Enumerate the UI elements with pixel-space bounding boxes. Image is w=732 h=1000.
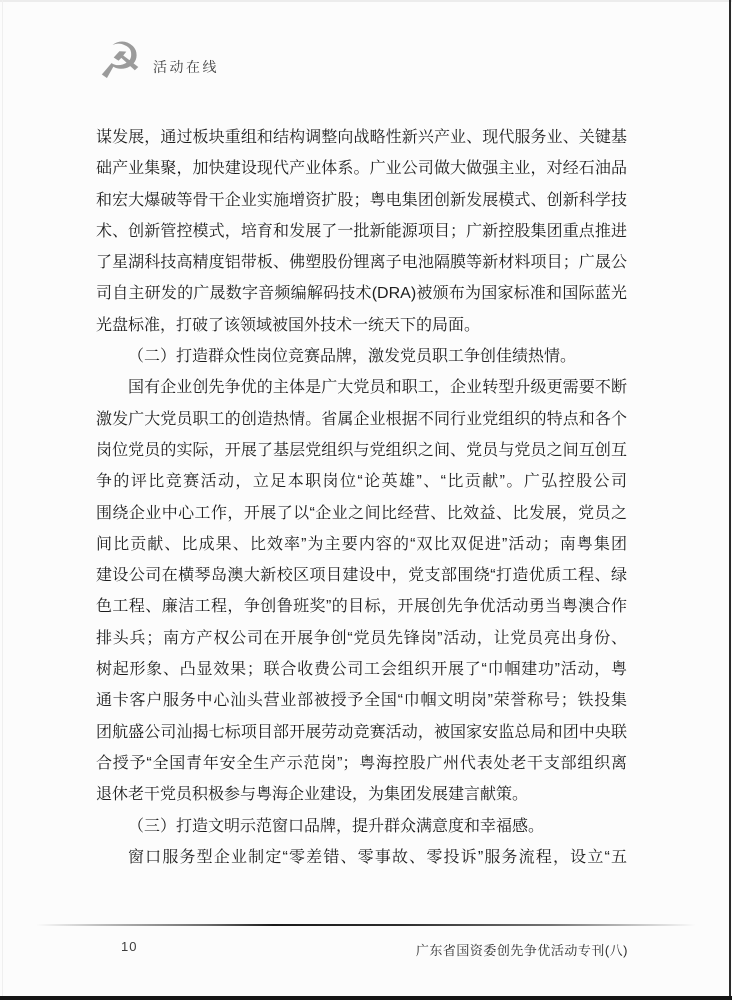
text-line: 司自主研发的广晟数字音频编解码技术(DRA)被颁布为国家标准和国际蓝光 [96,278,627,309]
text-line: 通卡客户服务中心汕头营业部被授予全国“巾帼文明岗”荣誉称号；铁投集 [96,685,627,716]
text-line: 谋发展，通过板块重组和结构调整向战略性新兴产业、现代服务业、关键基 [96,122,627,153]
text-line: 了星湖科技高精度铝带板、佛塑股份锂离子电池隔膜等新材料项目；广晟公 [96,247,627,278]
section-title: 活动在线 [153,57,219,77]
party-emblem-icon: ☭ [96,34,144,88]
text-line: 争的评比竞赛活动，立足本职岗位“论英雄”、“比贡献”。广弘控股公司 [96,466,627,497]
text-line: 建设公司在横琴岛澳大新校区项目建设中，党支部围绕“打造优质工程、绿 [96,560,627,591]
text-line: 团航盛公司汕揭七标项目部开展劳动竞赛活动，被国家安监总局和团中央联 [96,717,627,748]
text-line: 光盘标准，打破了该领域被国外技术一统天下的局面。 [96,310,627,341]
text-line: 术、创新管控模式，培育和发展了一批新能源项目；广新控股集团重点推进 [96,216,627,247]
text-line: 间比贡献、比成果、比效率”为主要内容的“双比双促进”活动；南粤集团 [96,529,627,560]
page-right-edge [729,0,731,1000]
text-line: 和宏大爆破等骨干企业实施增资扩股；粤电集团创新发展模式、创新科学技 [96,185,627,216]
text-line: 围绕企业中心工作，开展了以“企业之间比经营、比效益、比发展，党员之 [96,498,627,529]
text-line: 岗位党员的实际，开展了基层党组织与党组织之间、党员与党员之间互创互 [96,435,627,466]
page-bottom-edge [0,996,732,1000]
text-line: （二）打造群众性岗位竞赛品牌，激发党员职工争创佳绩热情。 [96,341,627,372]
text-line: 排头兵；南方产权公司在开展争创“党员先锋岗”活动，让党员亮出身份、 [96,623,627,654]
page-top-edge [0,0,732,2]
body-text: 谋发展，通过板块重组和结构调整向战略性新兴产业、现代服务业、关键基础产业集聚，加… [96,122,627,873]
text-line: 国有企业创先争优的主体是广大党员和职工，企业转型升级更需要不断 [96,372,627,403]
text-line: 窗口服务型企业制定“零差错、零事故、零投诉”服务流程，设立“五 [96,842,627,873]
document-page: ☭ 活动在线 谋发展，通过板块重组和结构调整向战略性新兴产业、现代服务业、关键基… [0,0,732,1000]
text-line: 础产业集聚，加快建设现代产业体系。广业公司做大做强主业，对经石油品 [96,153,627,184]
text-line: 退休老干党员积极参与粤海企业建设，为集团发展建言献策。 [96,779,627,810]
text-line: 合授予“全国青年安全生产示范岗”；粤海控股广州代表处老干支部组织离 [96,748,627,779]
page-left-edge [2,0,3,1000]
footer-divider [36,924,696,926]
text-line: 树起形象、凸显效果；联合收费公司工会组织开展了“巾帼建功”活动，粤 [96,654,627,685]
journal-title: 广东省国资委创先争优活动专刊(八) [416,940,628,959]
text-line: 色工程、廉洁工程，争创鲁班奖”的目标，开展创先争优活动勇当粤澳合作 [96,591,627,622]
text-line: 激发广大党员职工的创造热情。省属企业根据不同行业党组织的特点和各个 [96,404,627,435]
text-line: （三）打造文明示范窗口品牌，提升群众满意度和幸福感。 [96,811,627,842]
page-number: 10 [121,939,137,954]
